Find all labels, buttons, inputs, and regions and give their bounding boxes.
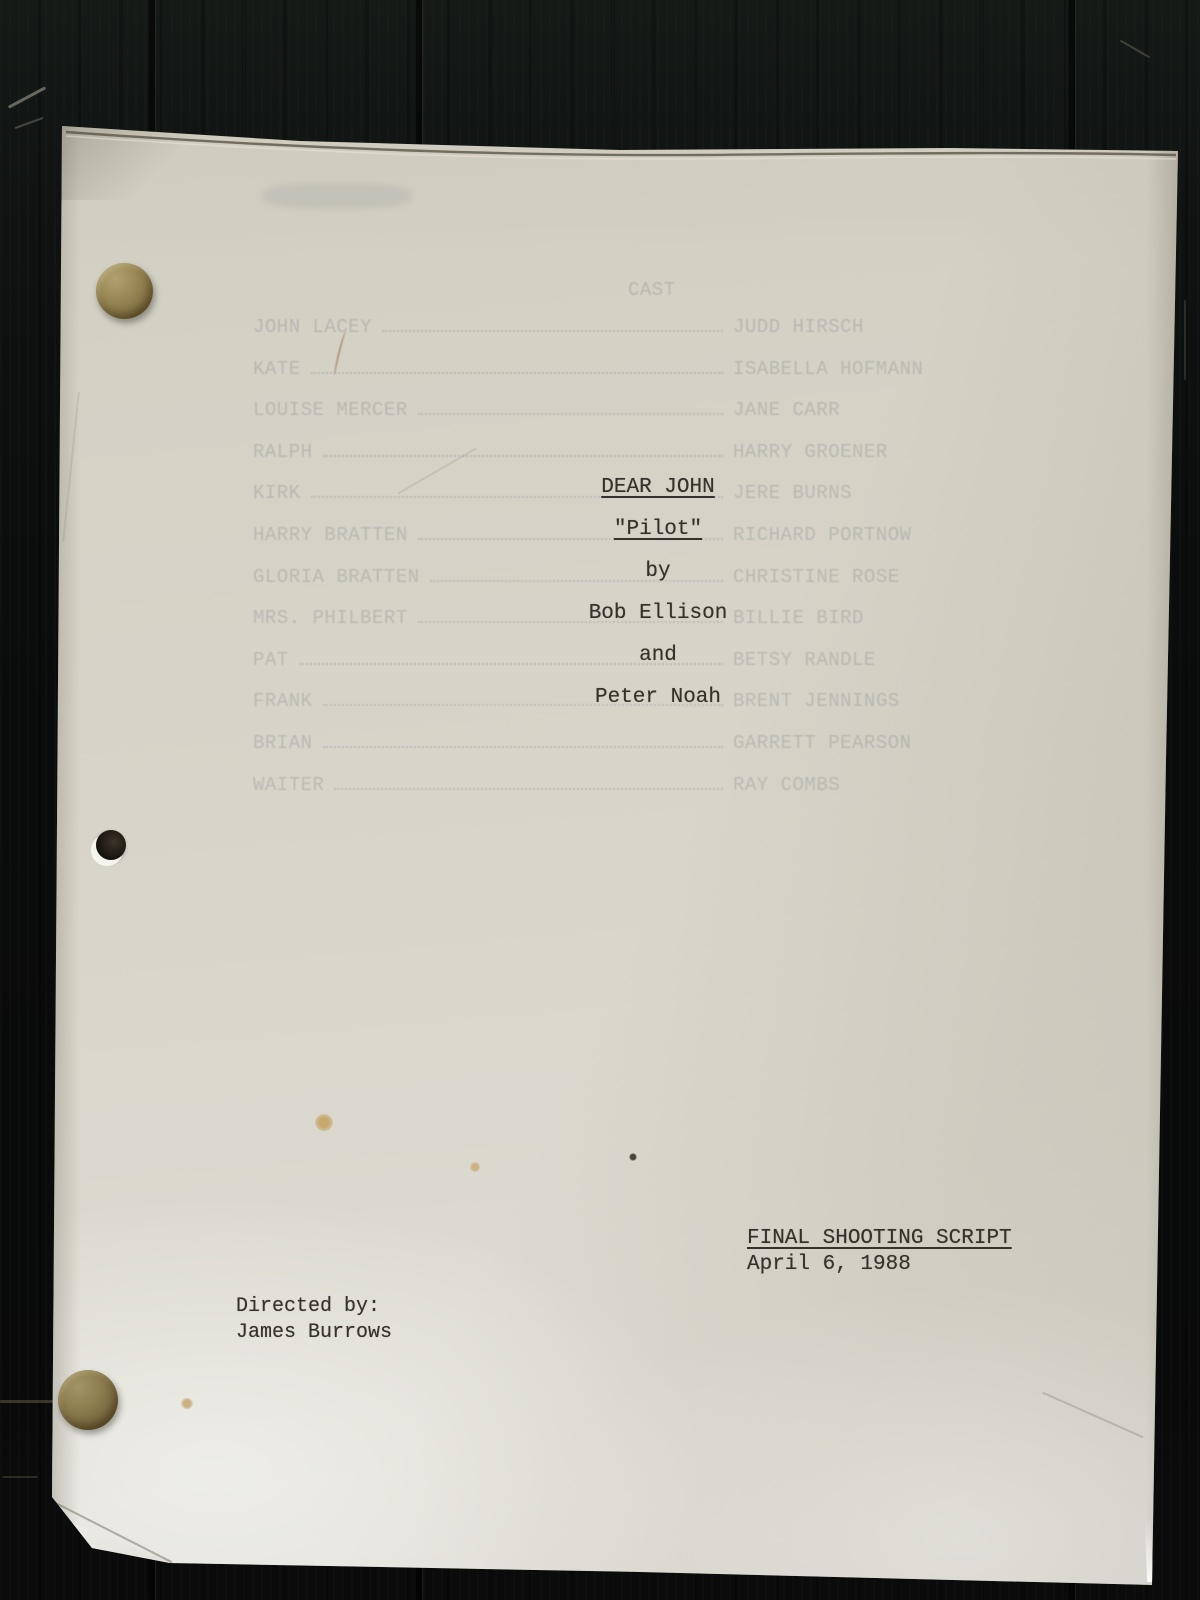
ghost-character-name: KIRK	[253, 482, 301, 504]
wood-scratch	[2, 1476, 38, 1478]
photo-of-script-cover: CAST JOHN LACEYJUDD HIRSCHKATEISABELLA H…	[0, 0, 1200, 1600]
ghost-character-name: RALPH	[253, 441, 313, 463]
stain	[315, 1114, 333, 1131]
byline-conjunction: and	[518, 644, 798, 667]
leader-dots	[418, 413, 723, 415]
ghost-cast-row: BRIANGARRETT PEARSON	[253, 732, 965, 754]
ghost-cast-row: JOHN LACEYJUDD HIRSCH	[253, 316, 965, 338]
ghost-character-name: GLORIA BRATTEN	[253, 566, 420, 588]
ghost-character-name: MRS. PHILBERT	[253, 607, 408, 629]
leader-dots	[323, 455, 723, 457]
ghost-character-name: WAITER	[253, 774, 324, 796]
author-2: Peter Noah	[518, 686, 798, 709]
brass-brad-top	[96, 263, 153, 319]
leader-dots	[311, 372, 723, 374]
corner-fold	[60, 124, 220, 200]
by-label: by	[518, 560, 798, 583]
ghost-character-name: BRIAN	[253, 732, 313, 754]
ghost-smudge	[262, 183, 412, 209]
ghost-actor-name: GARRETT PEARSON	[733, 732, 965, 754]
ghost-actor-name: JUDD HIRSCH	[733, 316, 965, 338]
director-name: James Burrows	[236, 1320, 392, 1346]
ghost-character-name: JOHN LACEY	[253, 316, 372, 338]
title-block: DEAR JOHN "Pilot" by Bob Ellison and Pet…	[518, 476, 798, 709]
script-title: DEAR JOHN	[518, 476, 798, 499]
stain	[470, 1162, 480, 1172]
brass-brad-bottom	[58, 1370, 118, 1430]
wood-scratch	[1184, 300, 1186, 380]
ghost-cast-row: LOUISE MERCERJANE CARR	[253, 399, 965, 421]
ghost-character-name: LOUISE MERCER	[253, 399, 408, 421]
punched-hole	[96, 830, 126, 860]
ghost-actor-name: HARRY GROENER	[733, 441, 965, 463]
script-cover-page: CAST JOHN LACEYJUDD HIRSCHKATEISABELLA H…	[0, 0, 1200, 1600]
draft-stamp: FINAL SHOOTING SCRIPT April 6, 1988	[747, 1226, 1012, 1278]
draft-stage-label: FINAL SHOOTING SCRIPT	[747, 1226, 1012, 1252]
director-label: Directed by:	[236, 1294, 392, 1320]
ghost-actor-name: JANE CARR	[733, 399, 965, 421]
ghost-cast-row: RALPHHARRY GROENER	[253, 441, 965, 463]
paper-crease	[1042, 1392, 1143, 1438]
ghost-actor-name: ISABELLA HOFMANN	[733, 358, 965, 380]
leader-dots	[382, 330, 723, 332]
ghost-cast-row: WAITERRAY COMBS	[253, 774, 965, 796]
stain	[181, 1398, 193, 1409]
ghost-character-name: PAT	[253, 649, 289, 671]
director-credit: Directed by: James Burrows	[236, 1294, 392, 1346]
ghost-character-name: KATE	[253, 358, 301, 380]
ghost-character-name: HARRY BRATTEN	[253, 524, 408, 546]
wood-scratch	[0, 1400, 56, 1403]
stain	[629, 1153, 637, 1161]
ghost-cast-row: KATEISABELLA HOFMANN	[253, 358, 965, 380]
ghost-character-name: FRANK	[253, 690, 313, 712]
author-1: Bob Ellison	[518, 602, 798, 625]
ghost-actor-name: RAY COMBS	[733, 774, 965, 796]
episode-title: "Pilot"	[518, 518, 798, 541]
draft-date: April 6, 1988	[747, 1252, 1012, 1278]
leader-dots	[334, 788, 723, 790]
ghost-cast-heading: CAST	[628, 279, 676, 301]
leader-dots	[323, 746, 723, 748]
